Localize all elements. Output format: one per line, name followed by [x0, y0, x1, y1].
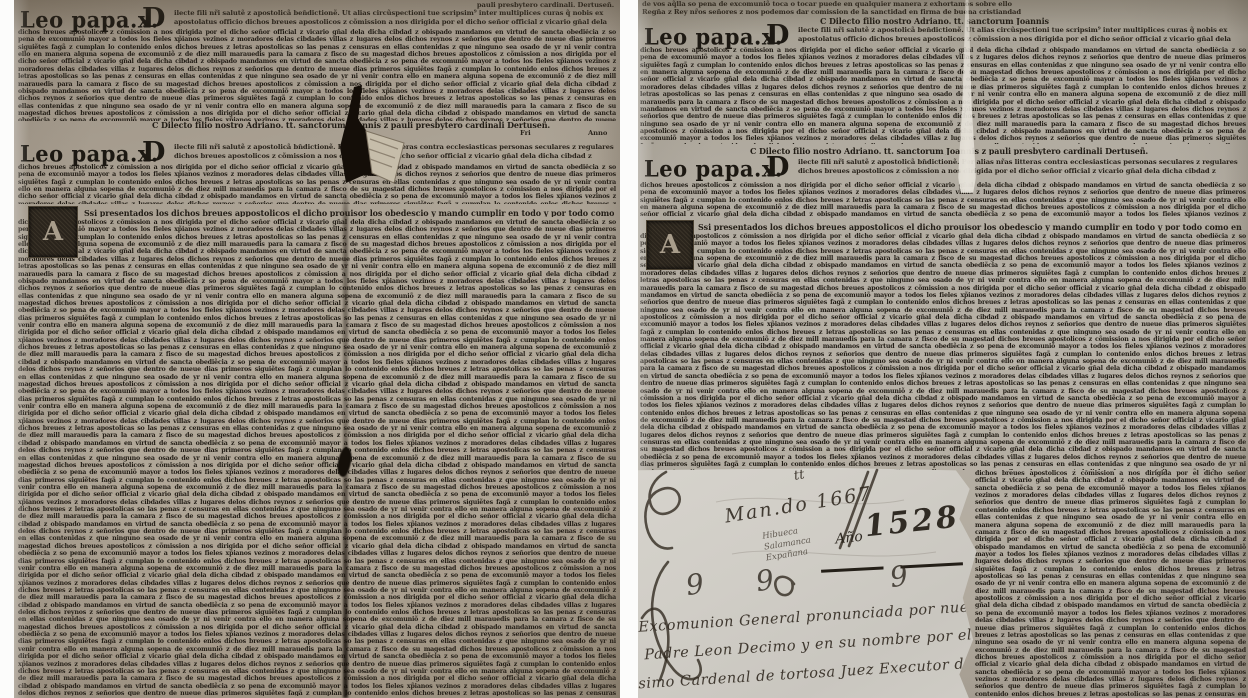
rubric-dilecto-filio: C Dilecto filio nostro Adriano. tt. sanc…	[820, 16, 1244, 25]
latin-opening-line-2: ilecte fili nr̃i salutẽ z apostolicã bn̄…	[798, 158, 1242, 175]
woodcut-initial-a: A	[646, 220, 694, 270]
latin-opening-text: ilecte fili nr̃i salutẽ z apostolicã bn̄…	[798, 158, 1238, 166]
spanish-opening-line: Ssi presentados los dichos breues appost…	[698, 222, 1242, 231]
printed-text-block: dichos breues apostolicos z cõmission a …	[640, 182, 1246, 219]
marginal-mark: Fri	[520, 129, 531, 137]
rubric-dilecto-filio: C Dilecto filio nostro Adriano. tt. sanc…	[750, 146, 1220, 155]
manuscript-annotation-sheet: tt Man.do 1667 Hibueca Salamanca Expañan…	[638, 468, 980, 698]
incipit-leo-papa-2: Leo papa.x.	[20, 140, 159, 167]
latin-opening-line-1: ilecte fili nr̃i salutẽ z apostolicã ben…	[174, 9, 614, 27]
latin-opening-line-1: ilecte fili nr̃i salutẽ z apostolicã ben…	[798, 26, 1242, 44]
incipit-leo-papa-1: Leo papa.x.	[644, 23, 783, 50]
latin-opening-text: ilecte fili nr̃i salutẽ z apostolicã ben…	[798, 26, 1227, 43]
spanish-opening-line: Ssi presentados los dichos breues appost…	[84, 208, 614, 217]
decorated-initial-d-2: D	[766, 152, 789, 183]
marginal-mark: Anno	[588, 129, 607, 137]
printed-fragment-line: Regña z Rey nr̃os señores z nos podemos …	[642, 8, 1244, 16]
printed-text-block: dichos breues apostolicos z cõmission a …	[975, 470, 1246, 698]
two-page-document-collage: pauli presbytero cardinali. Dertuseñ. Le…	[0, 0, 1248, 698]
left-document-photo: pauli presbytero cardinali. Dertuseñ. Le…	[14, 0, 620, 698]
printed-fragment-line: pauli presbytero cardinali. Dertuseñ.	[214, 1, 614, 9]
printed-fragment-line: de vos aq̃lla so pena de excomuniõ toca …	[642, 0, 1244, 8]
tear-hole	[310, 85, 430, 205]
printed-text-block: dichos breues apostolicos z cõmission a …	[18, 219, 616, 696]
incipit-leo-papa-2: Leo papa.x.	[644, 155, 783, 182]
latin-opening-text: ilecte fili nr̃i salutẽ z apostolicã ben…	[174, 9, 603, 26]
printed-text-block: dichos breues apostolicos z cõmission a …	[640, 47, 1246, 144]
year-label: Año	[835, 529, 864, 548]
fold-crease	[343, 178, 348, 698]
right-document-photo: de vos aq̃lla so pena de excomuniõ toca …	[638, 0, 1248, 698]
woodcut-initial-a: A	[28, 206, 78, 258]
printed-text-block: dichos breues apostolicos z cõmission a …	[640, 233, 1246, 470]
